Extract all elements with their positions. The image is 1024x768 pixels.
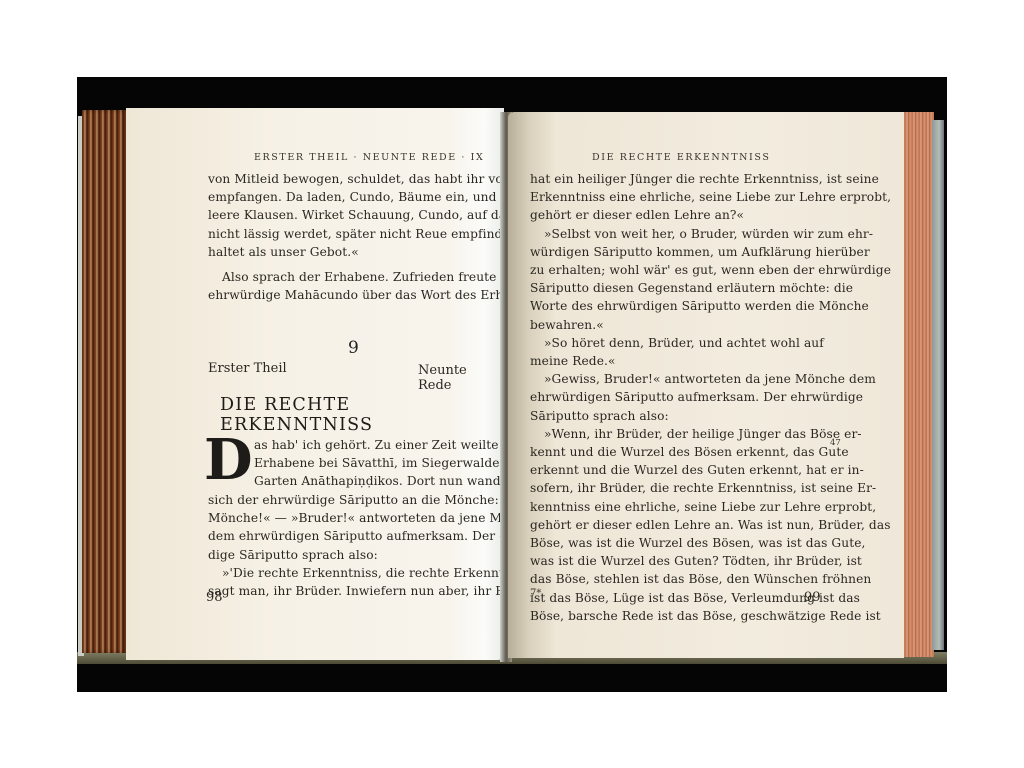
text-line: Erhabene bei Sāvatthī, im Siegerwalde, i… (254, 454, 500, 472)
paragraph-2: Also sprach der Erhabene. Zufrieden freu… (208, 268, 500, 304)
text-line: leere Klausen. Wirket Schauung, Cundo, a… (208, 206, 500, 224)
cover-edge-right (932, 120, 944, 650)
text-line: Garten Anāthapiṇḍikos. Dort nun wandte (254, 472, 500, 490)
paragraph-1: von Mitleid bewogen, schuldet, das habt … (208, 170, 500, 261)
right-page: DIE RECHTE ERKENNTNISS hat ein heiliger … (508, 112, 904, 658)
text-line: sagt man, ihr Brüder. Inwiefern nun aber… (208, 582, 500, 600)
text-line: das Böse, stehlen ist das Böse, den Wüns… (530, 570, 822, 588)
text-line: »So höret denn, Brüder, und achtet wohl … (530, 334, 822, 352)
drop-cap: D (204, 434, 253, 486)
text-line: kenntniss eine ehrliche, seine Liebe zur… (530, 498, 822, 516)
signature-mark: 7* (530, 588, 541, 599)
text-line: empfangen. Da laden, Cundo, Bäume ein, u… (208, 188, 500, 206)
text-line: erkennt und die Wurzel des Guten erkennt… (530, 461, 822, 479)
text-line: ist das Böse, Lüge ist das Böse, Verleum… (530, 589, 822, 607)
text-line: dem ehrwürdigen Sāriputto aufmerksam. De… (208, 527, 500, 545)
text-line: gehört er dieser edlen Lehre an. Was ist… (530, 516, 822, 534)
chapter-number: 9 (348, 338, 359, 358)
text-line: würdigen Sāriputto kommen, um Aufklärung… (530, 243, 822, 261)
left-page: ERSTER THEIL · NEUNTE REDE · IX von Mitl… (126, 108, 504, 660)
body-lines: sich der ehrwürdige Sāriputto an die Mön… (208, 491, 500, 600)
text-line: Böse, barsche Rede ist das Böse, geschwä… (530, 607, 822, 625)
text-line: Sāriputto diesen Gegenstand erläutern mö… (530, 279, 822, 297)
text-line: zu erhalten; wohl wär' es gut, wenn eben… (530, 261, 822, 279)
page-number-left: 98 (206, 590, 223, 605)
text-line: von Mitleid bewogen, schuldet, das habt … (208, 170, 500, 188)
page-edges-right (902, 112, 934, 657)
opening-lines: as hab' ich gehört. Zu einer Zeit weilte… (254, 436, 500, 491)
text-line: bewahren.« (530, 316, 822, 334)
text-line: nicht lässig werdet, später nicht Reue e… (208, 225, 500, 243)
text-line: haltet als unser Gebot.« (208, 243, 500, 261)
chapter-title: DIE RECHTE ERKENNTNISS (220, 395, 504, 435)
text-line: meine Rede.« (530, 352, 822, 370)
text-line: Böse, was ist die Wurzel des Bösen, was … (530, 534, 822, 552)
right-page-body: hat ein heiliger Jünger die rechte Erken… (530, 170, 822, 625)
text-line: »Wenn, ihr Brüder, der heilige Jünger da… (530, 425, 822, 443)
text-line: as hab' ich gehört. Zu einer Zeit weilte… (254, 436, 500, 454)
text-line: Worte des ehrwürdigen Sāriputto werden d… (530, 297, 822, 315)
text-line: gehört er dieser edlen Lehre an?« (530, 206, 822, 224)
text-line: Also sprach der Erhabene. Zufrieden freu… (208, 268, 500, 286)
text-line: dige Sāriputto sprach also: (208, 546, 500, 564)
text-line: »Gewiss, Bruder!« antworteten da jene Mö… (530, 370, 822, 388)
text-line: hat ein heiliger Jünger die rechte Erken… (530, 170, 822, 188)
text-line: sich der ehrwürdige Sāriputto an die Mön… (208, 491, 500, 509)
text-line: Sāriputto sprach also: (530, 407, 822, 425)
part-label-right: Neunte Rede (418, 363, 504, 393)
text-line: kennt und die Wurzel des Bösen erkennt, … (530, 443, 822, 461)
text-line: »Selbst von weit her, o Bruder, würden w… (530, 225, 822, 243)
text-line: was ist die Wurzel des Guten? Tödten, ih… (530, 552, 822, 570)
page-edges-left (82, 110, 128, 653)
text-line: ehrwürdigen Sāriputto aufmerksam. Der eh… (530, 388, 822, 406)
page-number-right: 99 (804, 590, 821, 605)
text-line: »'Die rechte Erkenntniss, die rechte Erk… (208, 564, 500, 582)
text-line: Erkenntniss eine ehrliche, seine Liebe z… (530, 188, 822, 206)
text-line: Mönche!« — »Bruder!« antworteten da jene… (208, 509, 500, 527)
running-head-left: ERSTER THEIL · NEUNTE REDE · IX (254, 152, 484, 163)
running-head-right: DIE RECHTE ERKENNTNISS (592, 152, 770, 163)
margin-note: 47 (830, 438, 841, 448)
text-line: ehrwürdige Mahācundo über das Wort des E… (208, 286, 500, 304)
text-line: sofern, ihr Brüder, die rechte Erkenntni… (530, 479, 822, 497)
part-label-left: Erster Theil (208, 361, 287, 376)
